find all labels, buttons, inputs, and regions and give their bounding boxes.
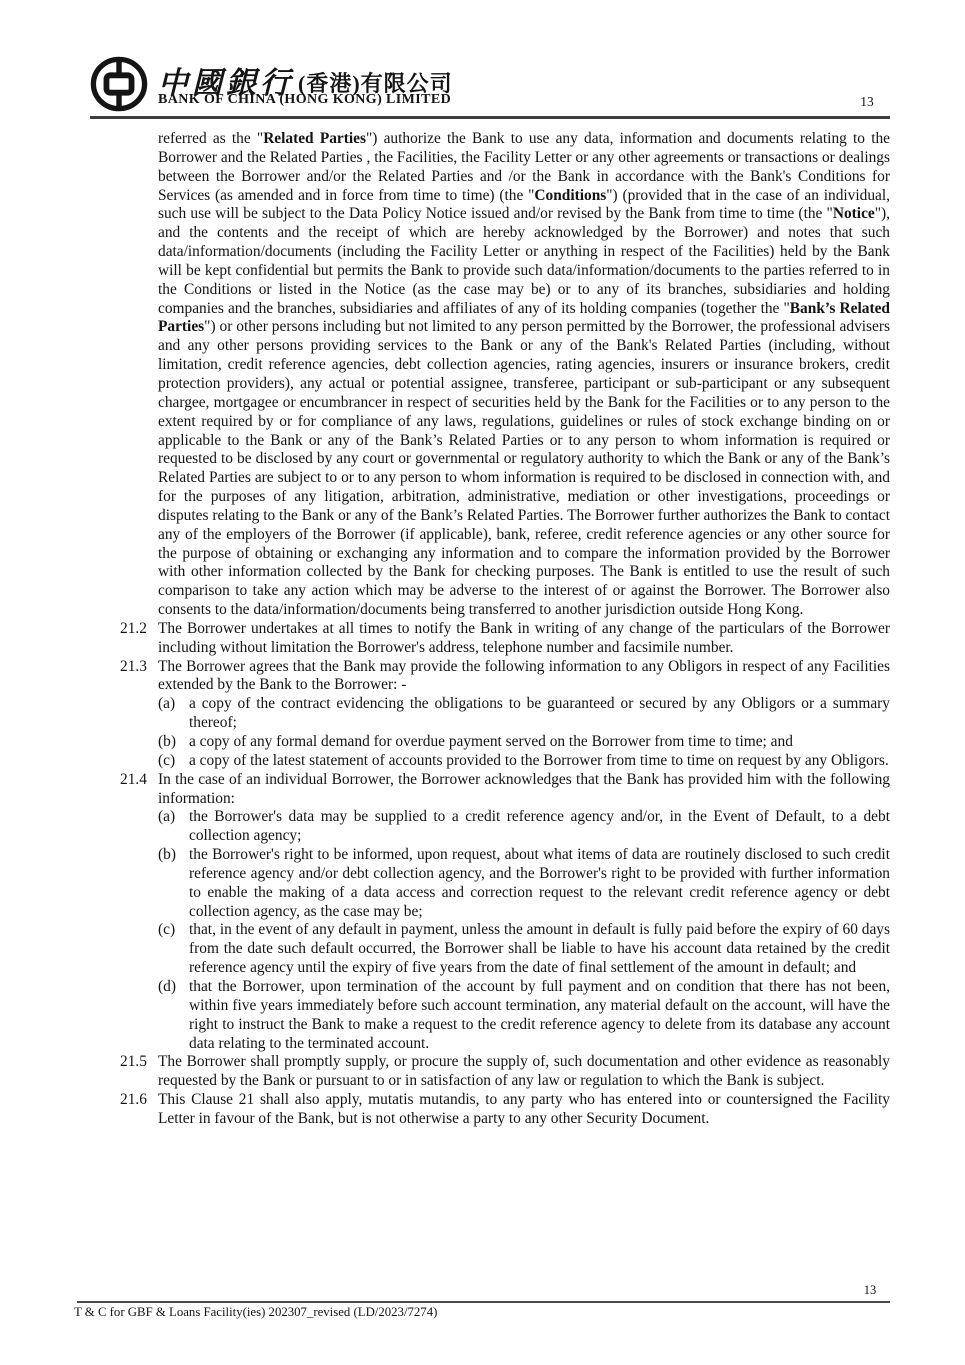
item-text: that, in the event of any default in pay… (189, 921, 890, 978)
footer-document-reference: T & C for GBF & Loans Facility(ies) 2023… (74, 1305, 437, 1320)
footer-page-number: 13 (855, 1283, 885, 1298)
clause-21.3-item-a: (a)a copy of the contract evidencing the… (158, 695, 890, 733)
clause-21.3: 21.3The Borrower agrees that the Bank ma… (120, 658, 890, 771)
item-marker: (d) (158, 978, 189, 997)
document-body: referred as the "Related Parties") autho… (120, 130, 890, 1129)
clause-number: 21.2 (120, 620, 158, 639)
item-text: a copy of any formal demand for overdue … (189, 733, 890, 752)
clause-21.4-item-a: (a)the Borrower's data may be supplied t… (158, 808, 890, 846)
item-marker: (a) (158, 808, 189, 827)
item-text: the Borrower's data may be supplied to a… (189, 808, 890, 846)
item-marker: (a) (158, 695, 189, 714)
item-marker: (c) (158, 921, 189, 940)
item-marker: (b) (158, 846, 189, 865)
clause-21.3-item-b: (b)a copy of any formal demand for overd… (158, 733, 890, 752)
item-text: a copy of the latest statement of accoun… (189, 752, 890, 771)
clause-21.4-item-b: (b)the Borrower's right to be informed, … (158, 846, 890, 921)
clause-21.2: 21.2The Borrower undertakes at all times… (120, 620, 890, 658)
clause-21.5: 21.5The Borrower shall promptly supply, … (120, 1053, 890, 1091)
clause-number: 21.4 (120, 771, 158, 790)
clause-21-continuation-paragraph: referred as the "Related Parties") autho… (158, 130, 890, 620)
bank-name-english: BANK OF CHINA (HONG KONG) LIMITED (158, 92, 451, 108)
clause-21.4: 21.4In the case of an individual Borrowe… (120, 771, 890, 1054)
bank-of-china-logo-icon (90, 56, 148, 117)
clause-text: This Clause 21 shall also apply, mutatis… (158, 1091, 890, 1129)
clause-number: 21.3 (120, 658, 158, 677)
item-marker: (b) (158, 733, 189, 752)
clause-text: In the case of an individual Borrower, t… (158, 771, 890, 809)
clause-text: The Borrower shall promptly supply, or p… (158, 1053, 890, 1091)
clause-text: The Borrower undertakes at all times to … (158, 620, 890, 658)
item-text: that the Borrower, upon termination of t… (189, 978, 890, 1053)
item-text: a copy of the contract evidencing the ob… (189, 695, 890, 733)
clause-21.3-item-c: (c)a copy of the latest statement of acc… (158, 752, 890, 771)
clause-21.6: 21.6This Clause 21 shall also apply, mut… (120, 1091, 890, 1129)
item-text: the Borrower's right to be informed, upo… (189, 846, 890, 921)
clause-21.4-item-c: (c)that, in the event of any default in … (158, 921, 890, 978)
clause-text: The Borrower agrees that the Bank may pr… (158, 658, 890, 696)
footer-divider (77, 1301, 890, 1303)
clause-21.4-item-d: (d)that the Borrower, upon termination o… (158, 978, 890, 1053)
header-page-number: 13 (852, 94, 882, 110)
clause-number: 21.6 (120, 1091, 158, 1110)
document-page: 中國銀行 (香港)有限公司 BANK OF CHINA (HONG KONG) … (0, 0, 965, 1365)
item-marker: (c) (158, 752, 189, 771)
clause-number: 21.5 (120, 1053, 158, 1072)
header-divider (90, 116, 890, 119)
